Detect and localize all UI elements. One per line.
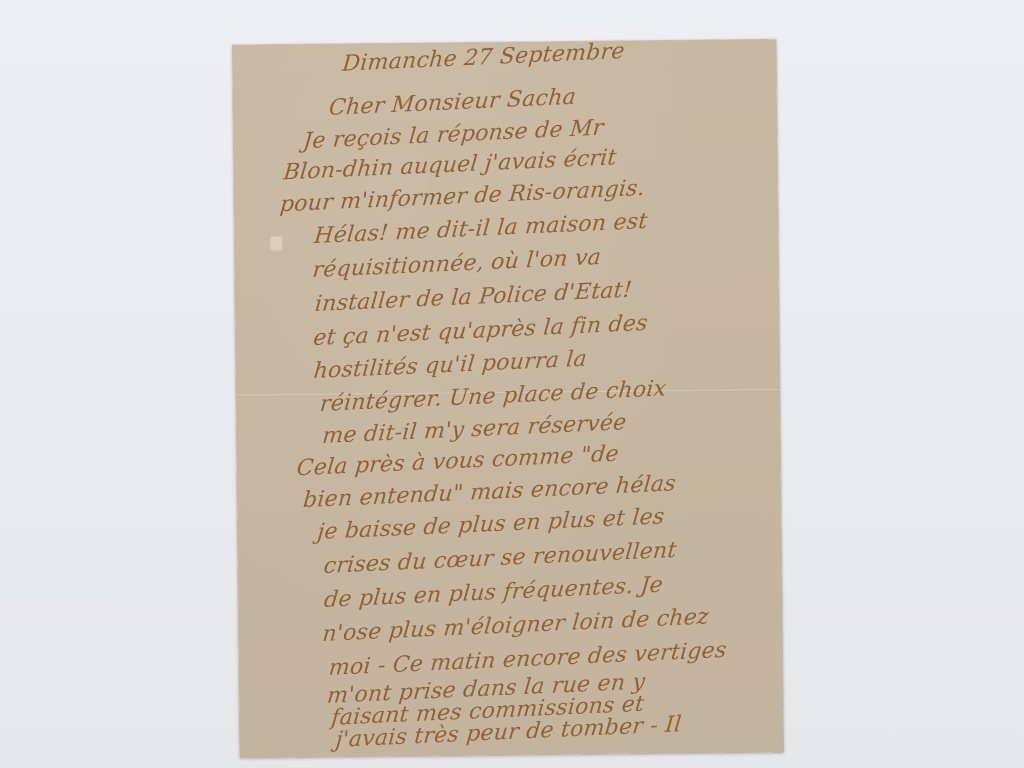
letter-line: crises du cœur se renouvellent (323, 538, 678, 579)
letter-line: je baisse de plus en plus et les (316, 504, 665, 545)
letter-line: hostilités qu'il pourra la (313, 347, 589, 384)
letter-date-line: Dimanche 27 Septembre (341, 39, 625, 77)
letter-line: et ça n'est qu'après la fin des (312, 311, 649, 351)
letter-line: réquisitionnée, où l'on va (311, 245, 602, 283)
letter-sheet: Dimanche 27 Septembre Cher Monsieur Sach… (232, 39, 783, 758)
letter-salutation: Cher Monsieur Sacha (328, 85, 577, 121)
letter-line: installer de la Police d'Etat! (314, 278, 633, 317)
letter-line: Hélas! me dit-il la maison est (313, 209, 648, 249)
letter-text: Dimanche 27 Septembre Cher Monsieur Sach… (232, 39, 783, 758)
letter-line: de plus en plus fréquentes. Je (323, 573, 664, 613)
